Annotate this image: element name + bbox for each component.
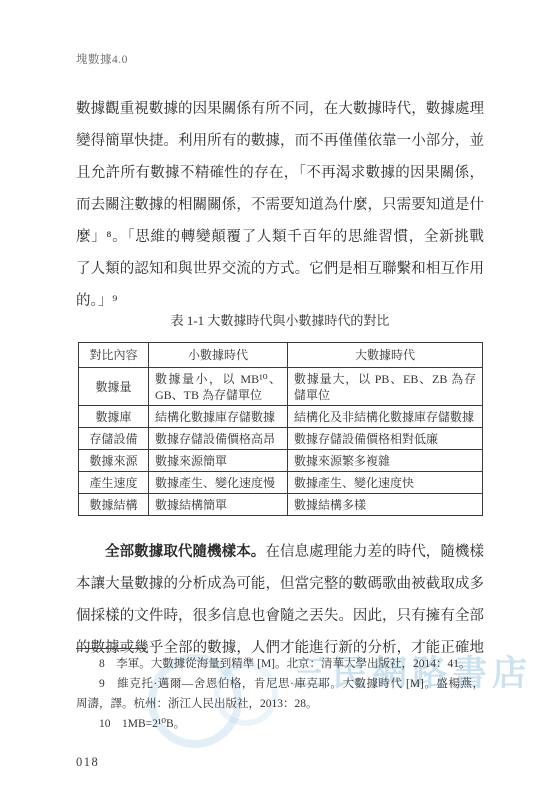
row-label-cell: 數據來源 <box>79 450 149 472</box>
text-line: 8 李軍。大數據從海量到精準 [M]。北京：清華大學出版社，2014：41。 <box>76 654 484 674</box>
table-cell: 數據產生、變化速度快 <box>288 472 483 494</box>
text-line: 本讓大量數據的分析成為可能，但當完整的數碼歌曲被截取成多 <box>76 568 484 600</box>
table-body: 數據量數據量小，以 MB¹⁰、GB、TB 為存儲單位數據量大，以 PB、EB、Z… <box>79 368 483 516</box>
table-row: 數據結構數據結構簡單數據結構多樣 <box>79 494 483 516</box>
footnotes: 8 李軍。大數據從海量到精準 [M]。北京：清華大學出版社，2014：41。9 … <box>76 654 484 734</box>
table-cell: 結構化及非結構化數據庫存儲數據 <box>288 406 483 428</box>
table-caption: 表 1-1 大數據時代與小數據時代的對比 <box>76 310 484 329</box>
text-line: 麼」⁸。「思維的轉變顛覆了人類千百年的思維習慣，全新挑戰 <box>76 221 484 253</box>
table-cell: 數據結構簡單 <box>149 494 288 516</box>
row-label-cell: 存儲設備 <box>79 428 149 450</box>
table-header-row: 對比內容小數據時代大數據時代 <box>79 343 483 368</box>
row-label-cell: 數據庫 <box>79 406 149 428</box>
row-label-cell: 數據結構 <box>79 494 149 516</box>
table-cell: 數據產生、變化速度慢 <box>149 472 288 494</box>
table-cell: 數據結構多樣 <box>288 494 483 516</box>
table-cell: 數據量小，以 MB¹⁰、GB、TB 為存儲單位 <box>149 368 288 406</box>
table-row: 存儲設備數據存儲設備價格高昂數據存儲設備價格相對低廉 <box>79 428 483 450</box>
text-line: 10 1MB=2¹⁰B。 <box>76 714 484 734</box>
table-row: 產生速度數據產生、變化速度慢數據產生、變化速度快 <box>79 472 483 494</box>
text-line: 而去關注數據的相關關係，不需要知道為什麼，只需要知道是什 <box>76 189 484 221</box>
text-line: 變得簡單快捷。利用所有的數據，而不再僅僅依靠一小部分，並 <box>76 125 484 157</box>
table-cell: 數據來源繁多複雜 <box>288 450 483 472</box>
text-line: 數據觀重視數據的因果關係有所不同，在大數據時代，數據處理 <box>76 93 484 125</box>
column-header: 對比內容 <box>79 343 149 368</box>
row-label-cell: 產生速度 <box>79 472 149 494</box>
column-header: 小數據時代 <box>149 343 288 368</box>
table-cell: 數據存儲設備價格高昂 <box>149 428 288 450</box>
table-row: 數據量數據量小，以 MB¹⁰、GB、TB 為存儲單位數據量大，以 PB、EB、Z… <box>79 368 483 406</box>
table-row: 數據來源數據來源簡單數據來源繁多複雜 <box>79 450 483 472</box>
row-label-cell: 數據量 <box>79 368 149 406</box>
book-page: 塊數據4.0 數據觀重視數據的因果關係有所不同，在大數據時代，數據處理變得簡單快… <box>0 0 560 800</box>
text-line: 周濤，譯。杭州：浙江人民出版社，2013：28。 <box>76 694 484 714</box>
text-line: 且允許所有數據不精確性的存在，「不再渴求數據的因果關係， <box>76 157 484 189</box>
table-row: 數據庫結構化數據庫存儲數據結構化及非結構化數據庫存儲數據 <box>79 406 483 428</box>
text-line: 個採樣的文件時，很多信息也會隨之丟失。因此，只有擁有全部 <box>76 600 484 632</box>
running-header: 塊數據4.0 <box>76 51 128 67</box>
text-line: 9 維克托·邁爾—舍恩伯格，肯尼思·庫克耶。大數據時代 [M]。盛楊燕， <box>76 674 484 694</box>
table-cell: 數據存儲設備價格相對低廉 <box>288 428 483 450</box>
table-cell: 數據來源簡單 <box>149 450 288 472</box>
bold-lead-in: 全部數據取代隨機樣本。 <box>105 544 265 560</box>
table-cell: 數據量大，以 PB、EB、ZB 為存儲單位 <box>288 368 483 406</box>
text-line: 了人類的認知和與世界交流的方式。它們是相互聯繫和相互作用 <box>76 253 484 285</box>
column-header: 大數據時代 <box>288 343 483 368</box>
body-paragraph-1: 數據觀重視數據的因果關係有所不同，在大數據時代，數據處理變得簡單快捷。利用所有的… <box>76 93 484 317</box>
footnote-divider <box>76 648 146 649</box>
text-line: 全部數據取代隨機樣本。在信息處理能力差的時代，隨機樣 <box>76 536 484 568</box>
page-number: 018 <box>76 755 99 770</box>
body-paragraph-2: 全部數據取代隨機樣本。在信息處理能力差的時代，隨機樣本讓大量數據的分析成為可能，… <box>76 536 484 664</box>
comparison-table: 對比內容小數據時代大數據時代 數據量數據量小，以 MB¹⁰、GB、TB 為存儲單… <box>78 342 483 516</box>
table-cell: 結構化數據庫存儲數據 <box>149 406 288 428</box>
